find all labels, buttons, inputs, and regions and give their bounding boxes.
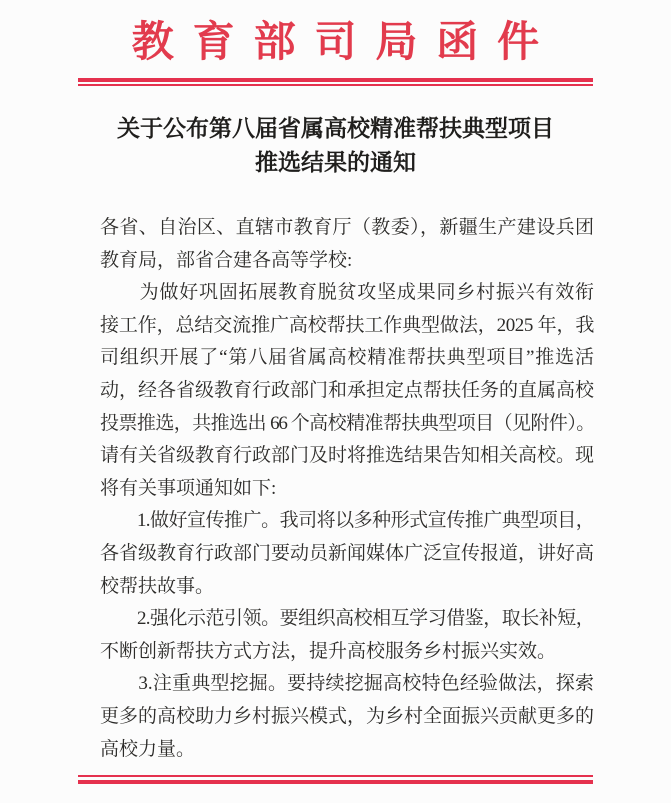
- footer-rule-thick: [78, 780, 593, 784]
- body-line: 更多的高校助力乡村振兴模式，为乡村全面振兴贡献更多的: [100, 701, 594, 734]
- letterhead-title: 教育部司局函件: [0, 18, 671, 68]
- letterhead-rule-thick: [78, 78, 593, 82]
- body-line: 将有关事项通知如下:: [100, 473, 594, 506]
- doc-title: 关于公布第八届省属高校精准帮扶典型项目 推选结果的通知: [0, 112, 671, 180]
- body-line: 为做好巩固拓展教育脱贫攻坚成果同乡村振兴有效衔: [100, 277, 594, 310]
- body-line: 3.注重典型挖掘。要持续挖掘高校特色经验做法，探索: [100, 668, 594, 701]
- footer-rule-thin: [78, 775, 593, 777]
- body-line: 动，经各省级教育行政部门和承担定点帮扶任务的直属高校: [100, 375, 594, 408]
- letterhead-rule-thin: [78, 84, 593, 86]
- doc-title-line-2: 推选结果的通知: [0, 146, 671, 180]
- document-body: 各省、自治区、直辖市教育厅（教委），新疆生产建设兵团 教育局，部省合建各高等学校…: [100, 212, 594, 766]
- body-line: 高校力量。: [100, 734, 594, 767]
- body-line: 不断创新帮扶方式方法，提升高校服务乡村振兴实效。: [100, 636, 594, 669]
- body-line: 接工作，总结交流推广高校帮扶工作典型做法，2025 年，我: [100, 310, 594, 343]
- body-line: 司组织开展了“第八届省属高校精准帮扶典型项目”推选活: [100, 342, 594, 375]
- body-line: 1.做好宣传推广。我司将以多种形式宣传推广典型项目，: [100, 505, 594, 538]
- body-line: 投票推选，共推选出 66 个高校精准帮扶典型项目（见附件）。: [100, 408, 594, 441]
- body-line: 2.强化示范引领。要组织高校相互学习借鉴，取长补短，: [100, 603, 594, 636]
- body-line: 请有关省级教育行政部门及时将推选结果告知相关高校。现: [100, 440, 594, 473]
- doc-title-line-1: 关于公布第八届省属高校精准帮扶典型项目: [0, 112, 671, 146]
- document-page: 教育部司局函件 关于公布第八届省属高校精准帮扶典型项目 推选结果的通知 各省、自…: [0, 0, 671, 803]
- body-line: 各省、自治区、直辖市教育厅（教委），新疆生产建设兵团: [100, 212, 594, 245]
- body-line: 教育局，部省合建各高等学校:: [100, 245, 594, 278]
- body-line: 各省级教育行政部门要动员新闻媒体广泛宣传报道，讲好高: [100, 538, 594, 571]
- body-line: 校帮扶故事。: [100, 571, 594, 604]
